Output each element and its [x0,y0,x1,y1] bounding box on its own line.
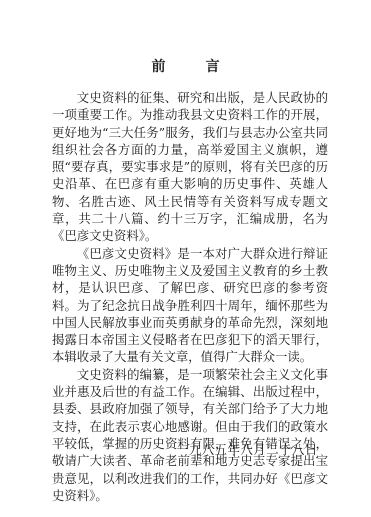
paragraph-1: 文史资料的征集、研究和出版，是人民政协的一项重要工作。为推动我县文史资料工作的开… [52,89,328,245]
paragraph-3: 文史资料的编纂，是一项繁荣社会主义文化事业并惠及后世的有益工作。在编辑、出版过程… [52,366,328,504]
page-title: 前言 [0,58,371,76]
signature-date: 一九八五年八月二十八日 [176,441,318,458]
document-page: 前言 文史资料的征集、研究和出版，是人民政协的一项重要工作。为推动我县文史资料工… [0,0,371,517]
paragraph-2: 《巴彦文史资料》是一本对广大群众进行辩证唯物主义、历史唯物主义及爱国主义教育的乡… [52,245,328,366]
